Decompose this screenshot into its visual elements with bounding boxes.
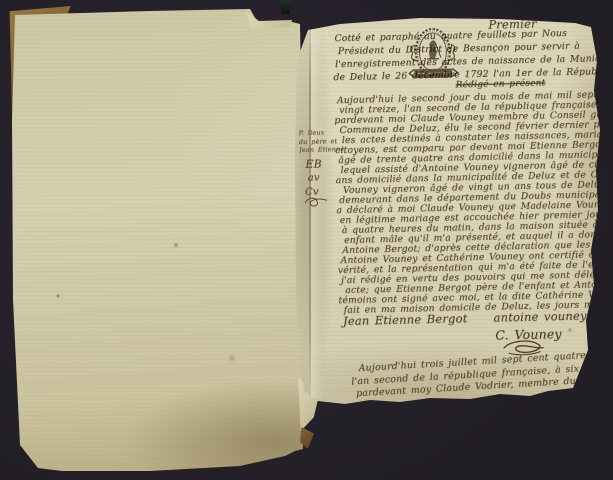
scanned-register-photo: Premier Cotté et paraphé au quatre feuil… xyxy=(0,0,613,480)
act-body-text: Aujourd'hui le second jour du mois de ma… xyxy=(337,90,610,316)
official-seal-icon xyxy=(404,23,461,88)
witness-signature: antoine vouney xyxy=(493,308,586,324)
spine-headband xyxy=(281,0,290,14)
margin-paraph: EB xyxy=(305,157,322,171)
margin-flourish-icon xyxy=(303,194,331,209)
second-act-opening: Aujourd'hui trois juillet mil sept cent … xyxy=(358,345,613,400)
margin-paraphs: EBavCv xyxy=(305,157,322,199)
margin-paraph: av xyxy=(308,171,323,185)
header-struck-note: Rédigé en présent xyxy=(455,78,545,90)
header-block: Cotté et paraphé au quatre feuillets par… xyxy=(334,26,605,84)
witness-signature: Jean Etienne Bergot xyxy=(343,311,468,328)
